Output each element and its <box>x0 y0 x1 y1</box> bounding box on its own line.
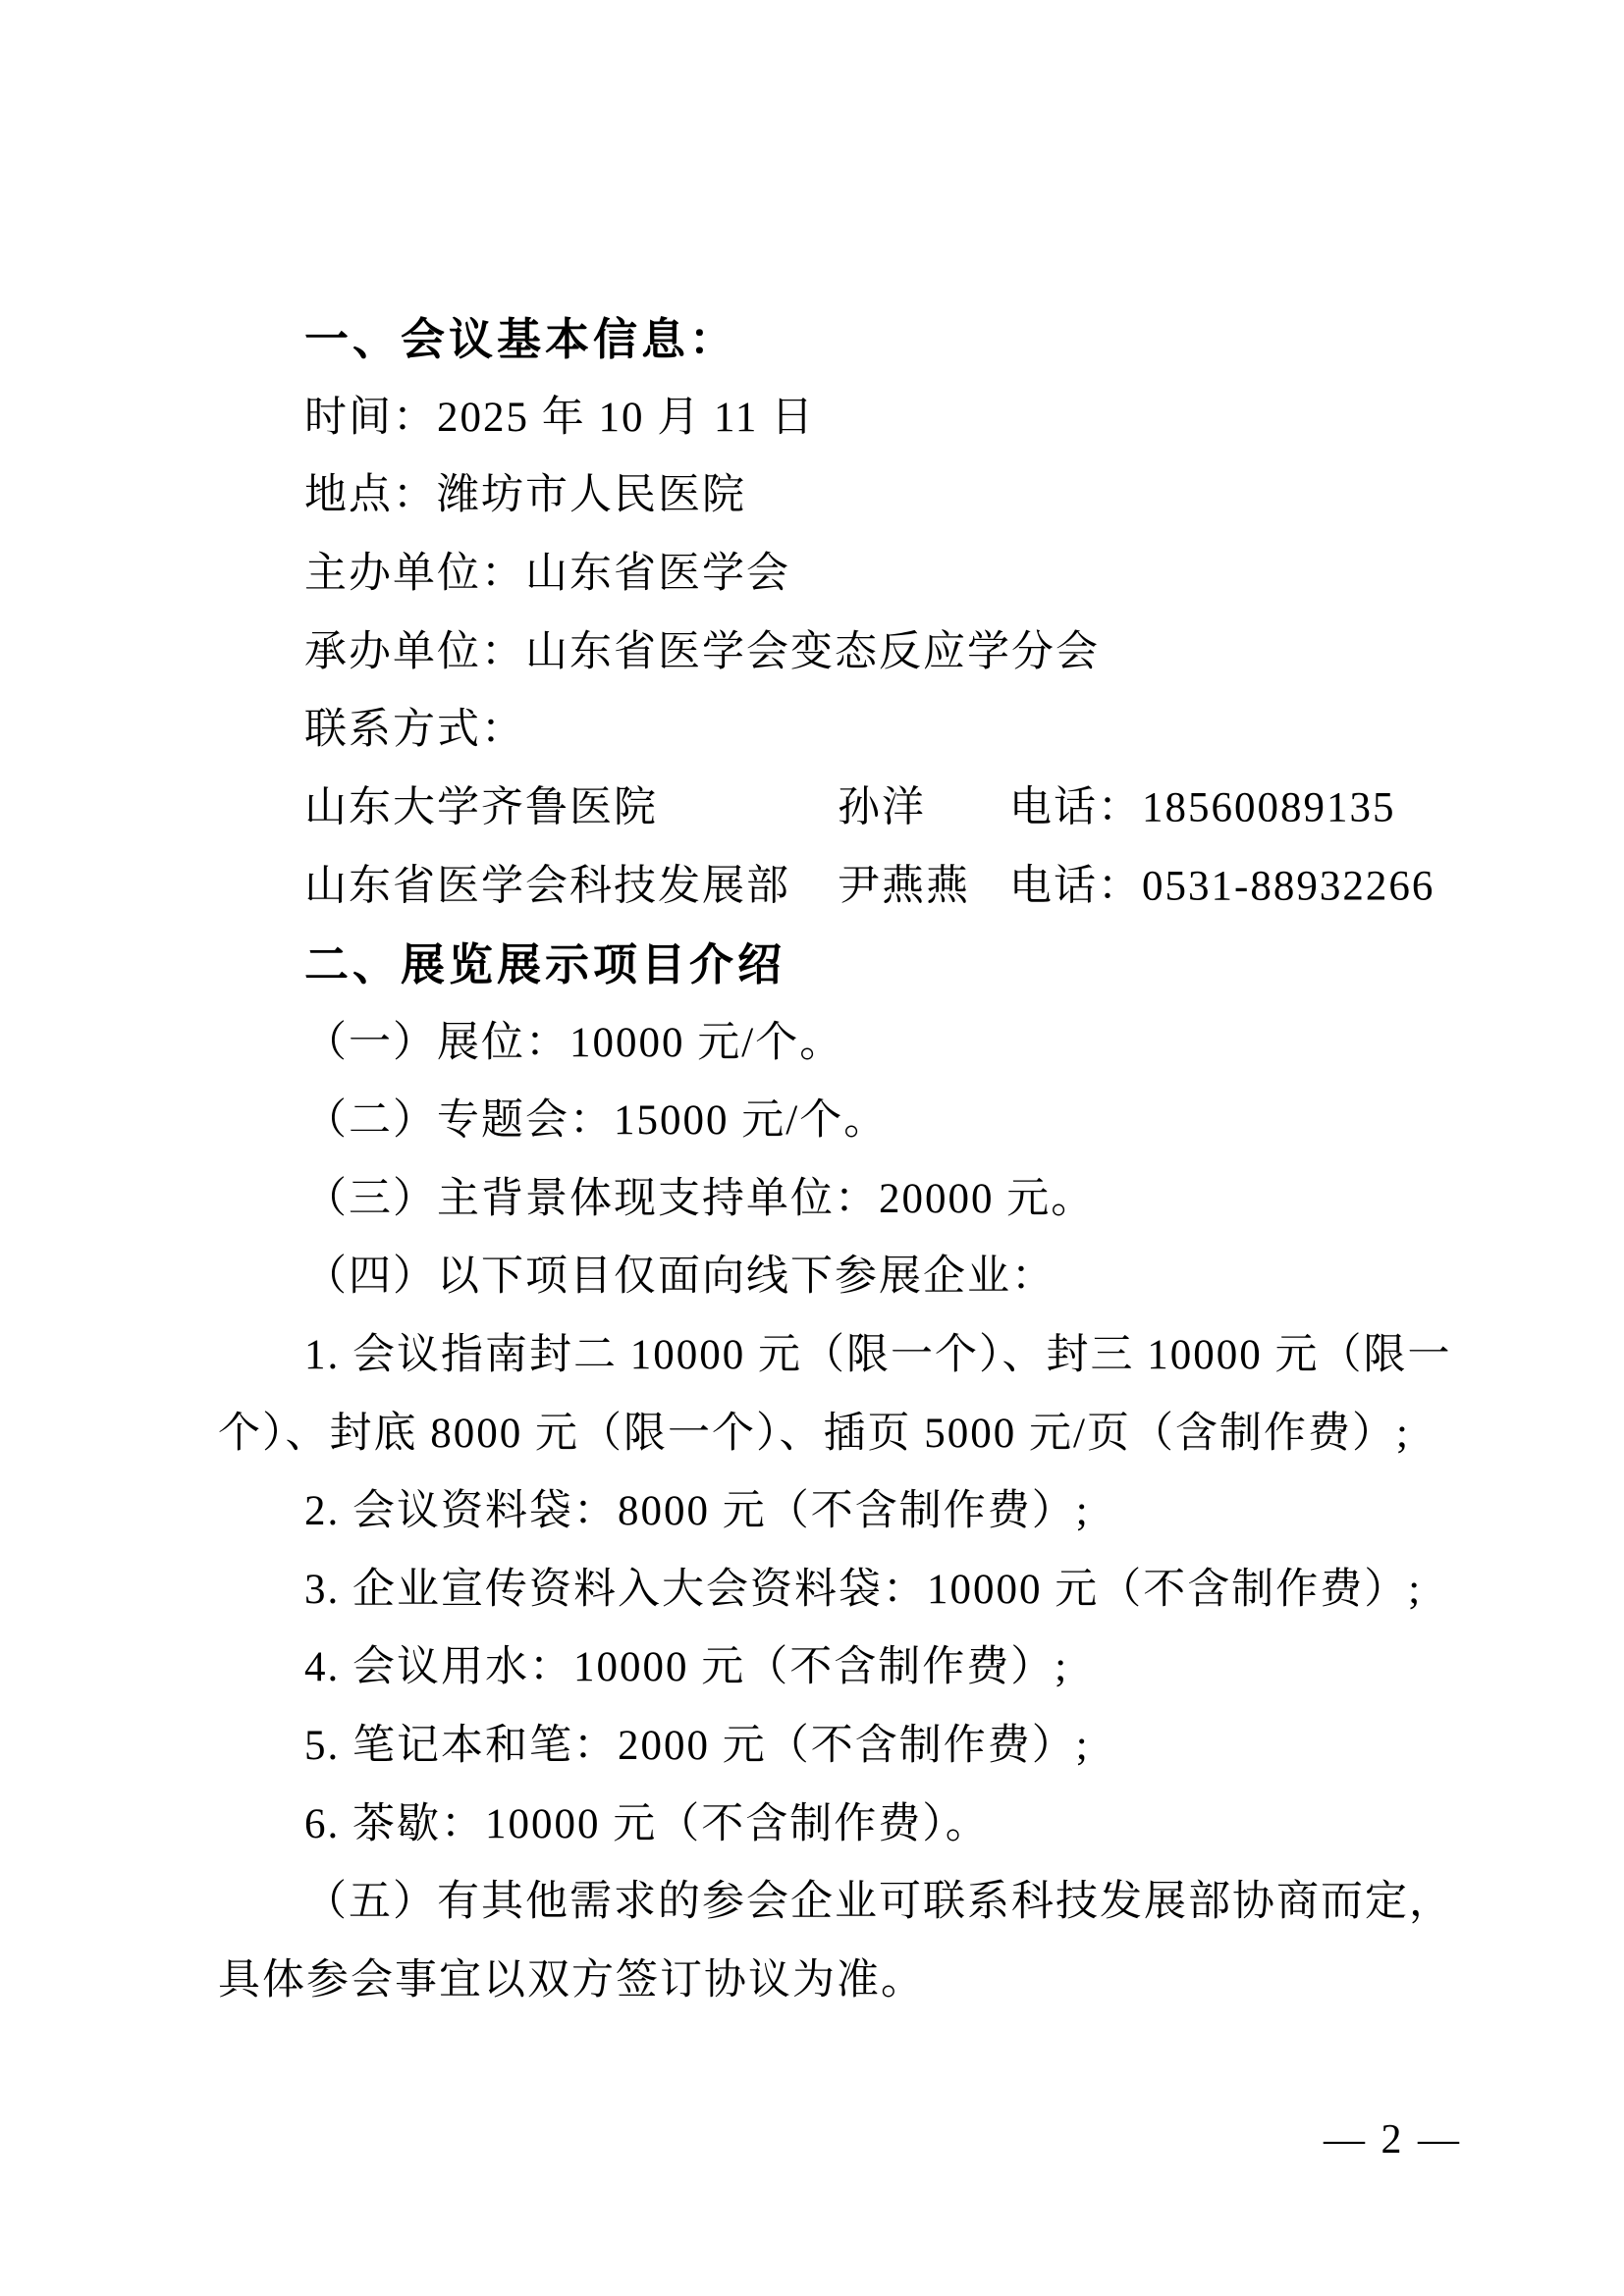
item-tea-break-price: 6. 茶歇：10000 元（不含制作费）。 <box>218 1781 1504 1859</box>
contact-row-qilu-hospital: 山东大学齐鲁医院 孙洋 电话：18560089135 <box>218 766 1504 844</box>
section-heading-exhibition-intro: 二、展览展示项目介绍 <box>218 922 1504 1000</box>
section-heading-basic-info: 一、会议基本信息： <box>218 296 1504 375</box>
item-offline-only-note: （四）以下项目仅面向线下参展企业： <box>218 1234 1504 1312</box>
line-organizer: 承办单位：山东省医学会变态反应学分会 <box>218 609 1504 687</box>
line-meeting-location: 地点：潍坊市人民医院 <box>218 453 1504 531</box>
contact-phone-number: 电话：18560089135 <box>1009 774 1396 834</box>
item-guide-covers-line-1: 1. 会议指南封二 10000 元（限一个）、封三 10000 元（限一 <box>218 1312 1504 1391</box>
item-notebook-pen-price: 5. 笔记本和笔：2000 元（不含制作费）; <box>218 1703 1504 1782</box>
item-backdrop-support-price: （三）主背景体现支持单位：20000 元。 <box>218 1156 1504 1235</box>
contact-organization: 山东大学齐鲁医院 <box>304 774 658 834</box>
line-host-organization: 主办单位：山东省医学会 <box>218 531 1504 610</box>
item-symposium-price: （二）专题会：15000 元/个。 <box>218 1078 1504 1156</box>
contact-person-name: 孙洋 <box>838 774 926 834</box>
line-meeting-time: 时间：2025 年 10 月 11 日 <box>218 375 1504 454</box>
document-page: 一、会议基本信息： 时间：2025 年 10 月 11 日 地点：潍坊市人民医院… <box>0 0 1624 2296</box>
item-guide-covers-line-2: 个）、封底 8000 元（限一个）、插页 5000 元/页（含制作费）; <box>218 1390 1504 1468</box>
item-booth-price: （一）展位：10000 元/个。 <box>218 999 1504 1078</box>
page-number: — 2 — <box>1324 2116 1462 2163</box>
contact-person-name: 尹燕燕 <box>838 852 970 912</box>
contact-phone-number: 电话：0531-88932266 <box>1009 852 1435 912</box>
document-content: 一、会议基本信息： 时间：2025 年 10 月 11 日 地点：潍坊市人民医院… <box>218 296 1504 2015</box>
contact-organization: 山东省医学会科技发展部 <box>304 852 790 912</box>
item-meeting-water-price: 4. 会议用水：10000 元（不含制作费）; <box>218 1625 1504 1703</box>
item-materials-bag-price: 2. 会议资料袋：8000 元（不含制作费）; <box>218 1468 1504 1547</box>
contact-row-tech-dev-dept: 山东省医学会科技发展部 尹燕燕 电话：0531-88932266 <box>218 843 1504 922</box>
item-other-needs-line-1: （五）有其他需求的参会企业可联系科技发展部协商而定， <box>218 1859 1504 1938</box>
item-promo-materials-price: 3. 企业宣传资料入大会资料袋：10000 元（不含制作费）; <box>218 1547 1504 1626</box>
line-contact-label: 联系方式： <box>218 687 1504 766</box>
item-other-needs-line-2: 具体参会事宜以双方签订协议为准。 <box>218 1937 1504 2015</box>
